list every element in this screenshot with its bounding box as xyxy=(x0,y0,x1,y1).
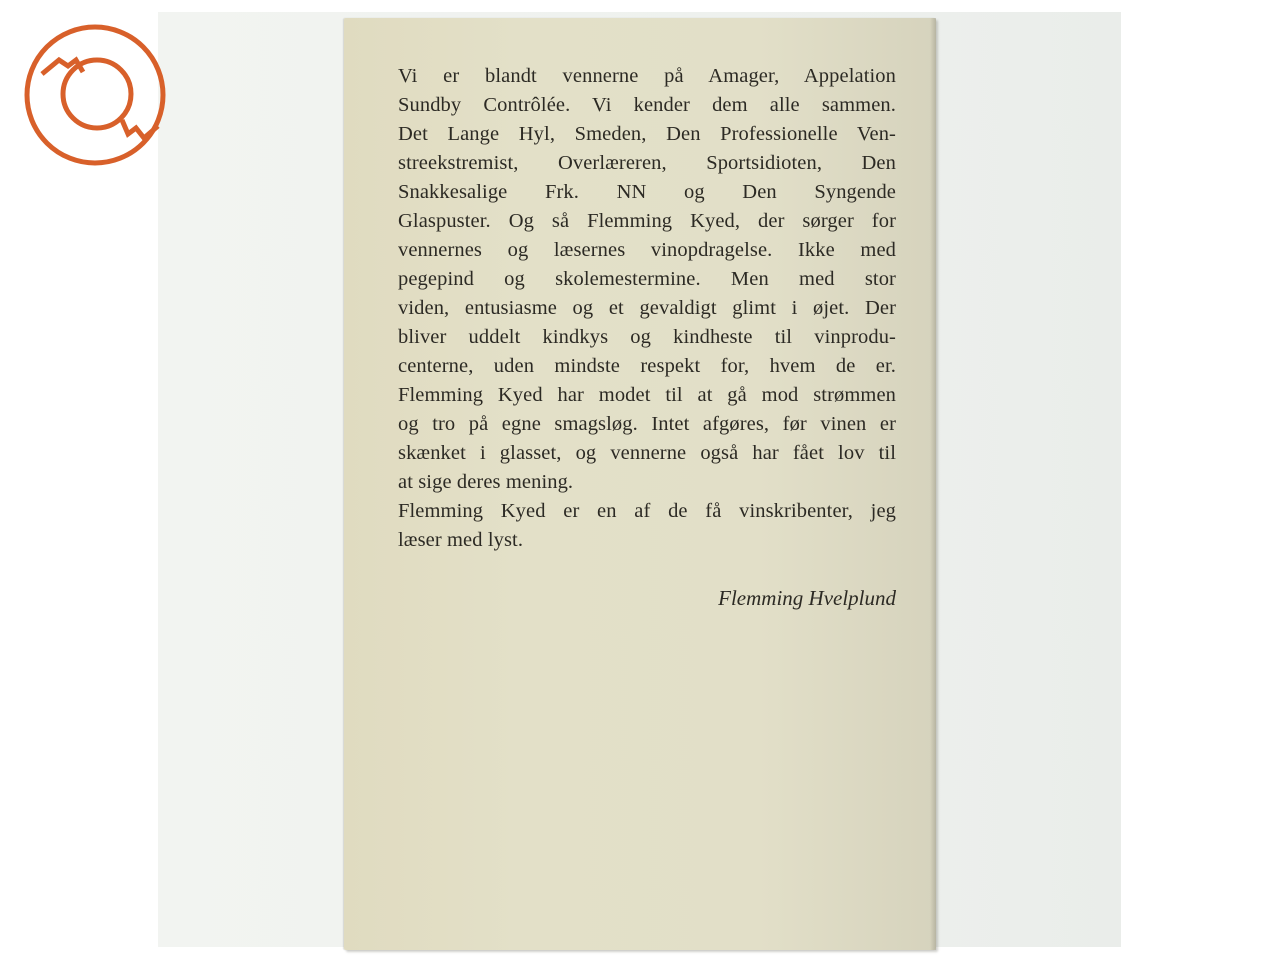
product-photo: Vi er blandt vennerne på Amager, Appelat… xyxy=(0,0,1280,960)
blurb-line: Vi er blandt vennerne på Amager, Appelat… xyxy=(398,62,896,91)
blurb-line: at sige deres mening. xyxy=(398,468,896,497)
blurb-line: Sundby Contrôlée. Vi kender dem alle sam… xyxy=(398,91,896,120)
cover-edge-shadow xyxy=(930,18,936,950)
blurb-line: Det Lange Hyl, Smeden, Den Professionell… xyxy=(398,120,896,149)
blurb-line: Flemming Kyed har modet til at gå mod st… xyxy=(398,381,896,410)
blurb-line: viden, entusiasme og et gevaldigt glimt … xyxy=(398,294,896,323)
blurb-line: Snakkesalige Frk. NN og Den Syngende xyxy=(398,178,896,207)
blurb-line: skænket i glasset, og vennerne også har … xyxy=(398,439,896,468)
blurb-line: vennernes og læsernes vinopdragelse. Ikk… xyxy=(398,236,896,265)
blurb-line: centerne, uden mindste respekt for, hvem… xyxy=(398,352,896,381)
blurb-line: Flemming Kyed er en af de få vinskribent… xyxy=(398,497,896,526)
blurb-line: læser med lyst. xyxy=(398,526,896,555)
blurb-line: og tro på egne smagsløg. Intet afgøres, … xyxy=(398,410,896,439)
blurb-line: pegepind og skolemestermine. Men med sto… xyxy=(398,265,896,294)
blurb-line: bliver uddelt kindkys og kindheste til v… xyxy=(398,323,896,352)
blurb-line: Glaspuster. Og så Flemming Kyed, der sør… xyxy=(398,207,896,236)
blurb-signature: Flemming Hvelplund xyxy=(398,584,896,613)
watermark-logo-icon xyxy=(22,22,168,168)
blurb-line: streekstremist, Overlæreren, Sportsidiot… xyxy=(398,149,896,178)
back-cover-blurb: Vi er blandt vennerne på Amager, Appelat… xyxy=(398,62,896,555)
